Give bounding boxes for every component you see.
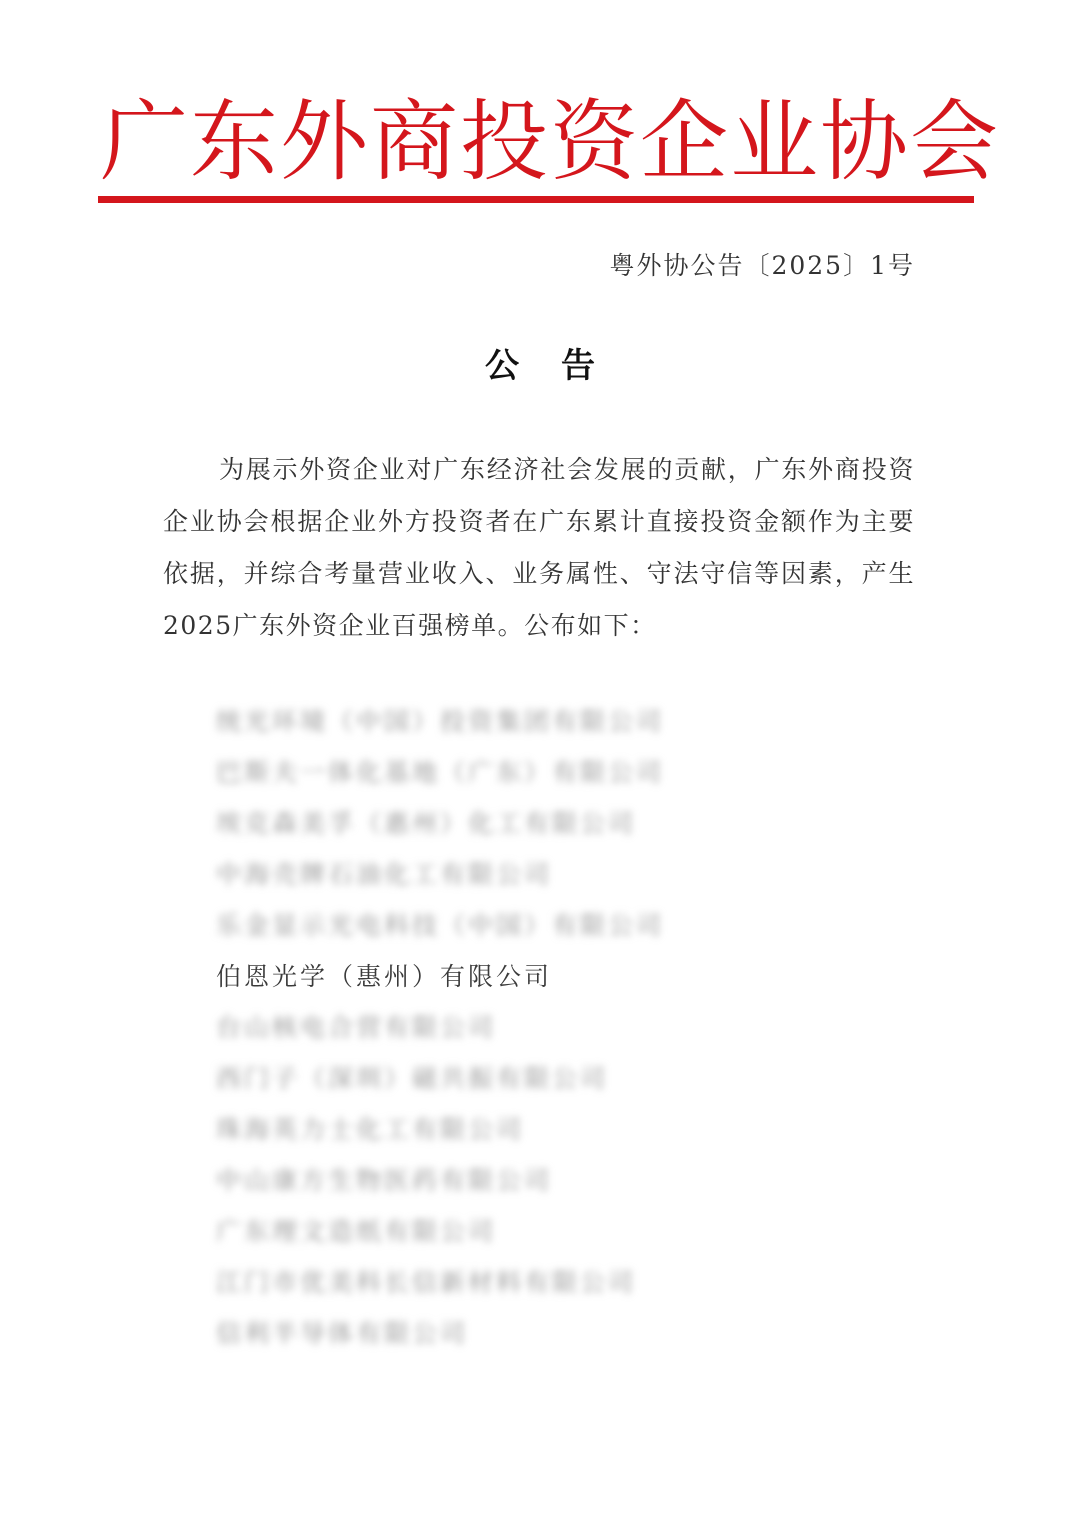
red-divider: [98, 196, 974, 203]
list-item: 西门子（深圳）磁共振有限公司: [216, 1053, 664, 1104]
document-number: 粤外协公告〔2025〕1号: [609, 246, 915, 282]
list-item: 中山康方生物医药有限公司: [216, 1155, 664, 1206]
announcement-paragraph: 为展示外资企业对广东经济社会发展的贡献，广东外商投资企业协会根据企业外方投资者在…: [163, 444, 915, 652]
list-item: 统光环境（中国）投资集团有限公司: [216, 696, 664, 747]
page-title: 公告: [0, 338, 1080, 387]
list-item: 信利半导体有限公司: [216, 1308, 664, 1359]
list-item: 乐金显示光电科技（中国）有限公司: [216, 900, 664, 951]
list-item: 巴斯夫一体化基地（广东）有限公司: [216, 747, 664, 798]
company-list: 统光环境（中国）投资集团有限公司 巴斯夫一体化基地（广东）有限公司 埃克森美孚（…: [216, 696, 664, 1359]
list-item-highlighted: 伯恩光学（惠州）有限公司: [216, 951, 664, 1002]
list-item: 台山核电合营有限公司: [216, 1002, 664, 1053]
org-masthead: 广东外商投资企业协会: [100, 92, 980, 192]
list-item: 埃克森美孚（惠州）化工有限公司: [216, 798, 664, 849]
list-item: 江门市优美科长信新材料有限公司: [216, 1257, 664, 1308]
list-item: 珠海英力士化工有限公司: [216, 1104, 664, 1155]
list-item: 广东理文造纸有限公司: [216, 1206, 664, 1257]
list-item: 中海壳牌石油化工有限公司: [216, 849, 664, 900]
